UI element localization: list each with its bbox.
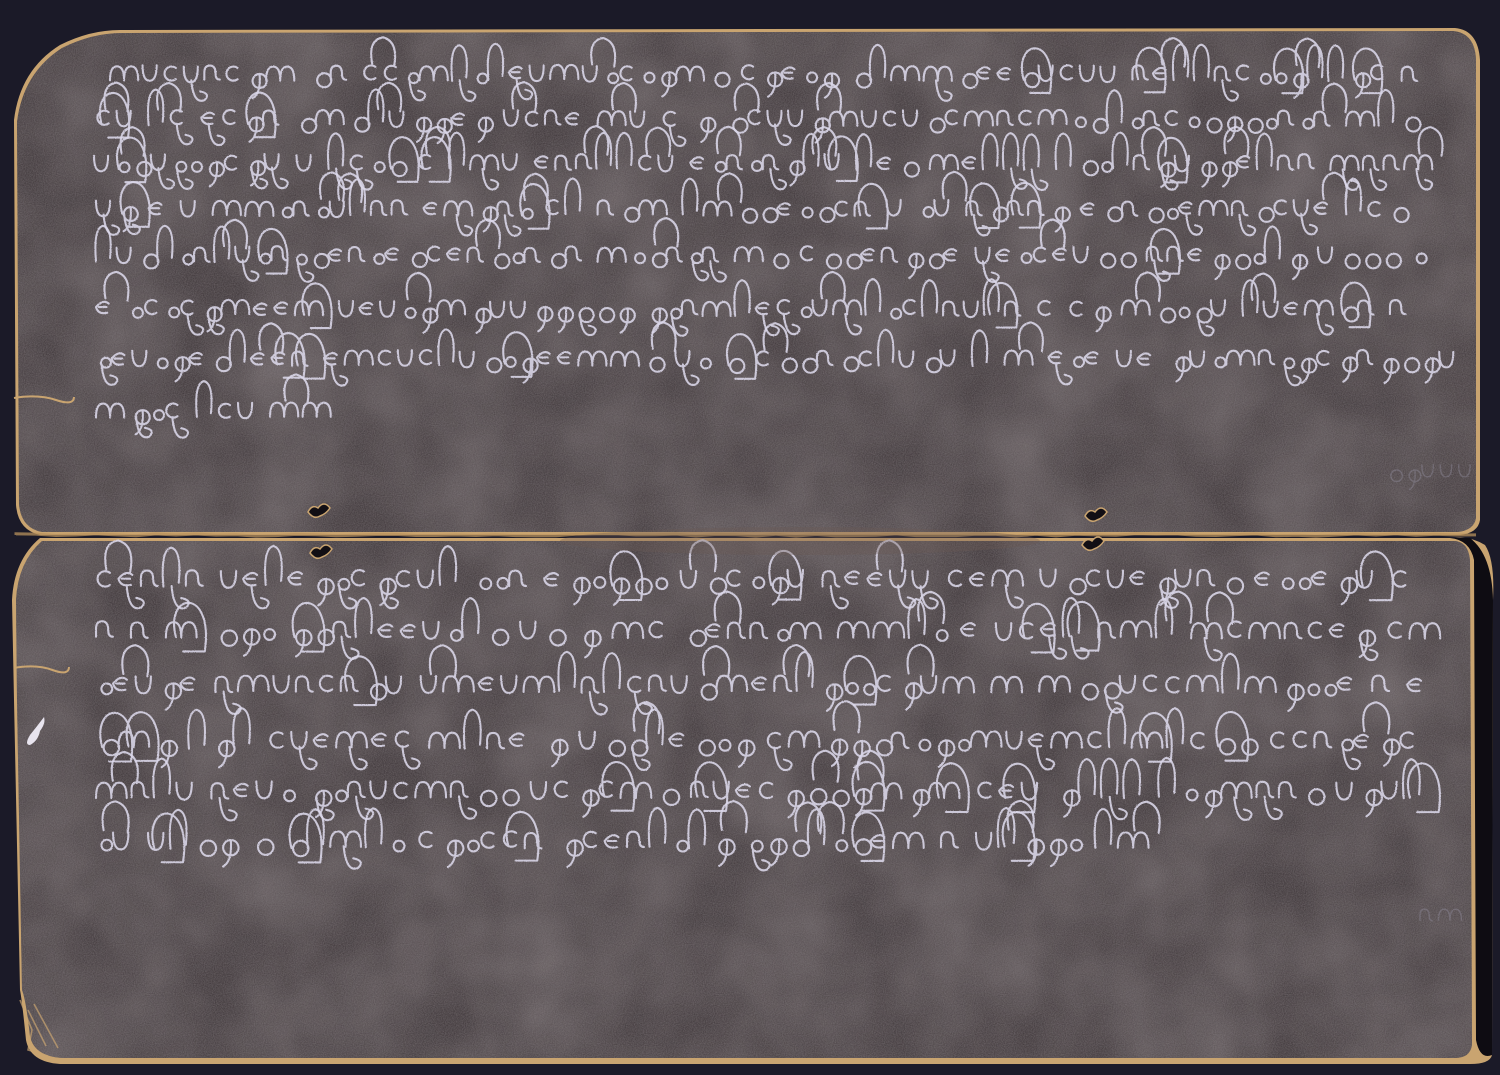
worn-patch — [560, 527, 1040, 555]
top-panel — [14, 28, 1480, 535]
bottom-panel — [12, 538, 1493, 1064]
manuscript-photo — [0, 0, 1500, 1075]
